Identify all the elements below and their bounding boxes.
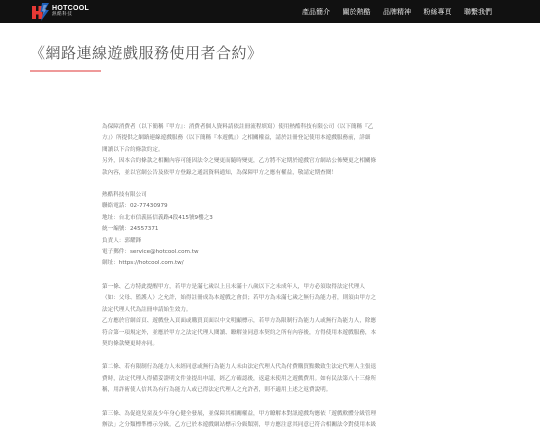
company-name: 熱酷科技有限公司 xyxy=(102,190,514,201)
nav-item-contact[interactable]: 聯繫我們 xyxy=(464,7,492,17)
company-tax-id: 統一編號：24557371 xyxy=(102,224,514,235)
company-info-section: 熱酷科技有限公司 聯絡電話：02-77430979 地址：台北市信義區信義路4段… xyxy=(102,190,514,270)
company-website-row: 網址：https://hotcool.com.tw/ xyxy=(102,258,514,269)
website-link[interactable]: https://hotcool.com.tw/ xyxy=(119,260,184,266)
hotcool-logo-icon xyxy=(32,3,49,21)
top-navbar: HOTCOOL 熱酷科技 產品簡介 關於熱酷 品牌精神 粉絲專頁 聯繫我們 xyxy=(0,0,540,23)
company-address: 地址：台北市信義區信義路4段415號9樓之3 xyxy=(102,213,514,224)
website-label: 網址： xyxy=(102,260,119,266)
company-email-row: 電子郵件：service@hotcool.com.tw xyxy=(102,247,514,258)
intro-line: 為保障消費者（以下簡稱『甲方』：消費者個人資料請依註冊流程填寫）使用熱酷科技有限… xyxy=(102,122,514,133)
email-label: 電子郵件： xyxy=(102,249,130,255)
article-line: 第二條、若有限制行為能力人未經同意或無行為能力人未由法定代理人代為付費購買點數致… xyxy=(102,362,514,373)
intro-line: 款內容，並以官網公告及依甲方登錄之通訊資料通知，為保障甲方之應有權益，敬請定期查… xyxy=(102,168,514,179)
intro-line: 方』）所提供之網路連線遊戲服務（以下簡稱『本遊戲』）之相關權益，請於註冊登記使用… xyxy=(102,133,514,144)
page-title: 《網路連線遊戲服務使用者合約》 xyxy=(30,42,263,63)
article-line: 費時，法定代理人得備妥證明文件並提出申請，經乙方確認後，返還未使用之遊戲費用。如… xyxy=(102,374,514,385)
company-phone: 聯絡電話：02-77430979 xyxy=(102,201,514,212)
nav-item-fan-page[interactable]: 粉絲專頁 xyxy=(424,7,452,17)
article-line: （如：父母、監護人）之允許，始得註冊成為本遊戲之會員；若甲方為未滿七歲之無行為能… xyxy=(102,293,514,304)
nav-menu: 產品簡介 關於熱酷 品牌精神 粉絲專頁 聯繫我們 xyxy=(290,0,493,23)
intro-section: 為保障消費者（以下簡稱『甲方』：消費者個人資料請依註冊流程填寫）使用熱酷科技有限… xyxy=(102,122,514,179)
article-line: 符合第一項規定外，並應於甲方之法定代理人閱讀、瞭解並同意本契約之所有內容後，方得… xyxy=(102,328,514,339)
intro-line: 另外，因本合約條款之相關內容可能因法令之變更而隨時變更，乙方將不定期於遊戲官方網… xyxy=(102,156,514,167)
article-line: 乙方應於官網首頁、遊戲登入頁面或購買頁面以中文明顯標示，若甲方為限制行為能力人或… xyxy=(102,316,514,327)
agreement-content: 為保障消費者（以下簡稱『甲方』：消費者個人資料請依註冊流程填寫）使用熱酷科技有限… xyxy=(102,122,514,405)
article-line: 稱，用詐術使人信其為有行為能力人或已得法定代理人之允許者，則不適用上述之返費說明… xyxy=(102,385,514,396)
title-underline-divider xyxy=(30,70,101,72)
article-1-section: 第一條、乙方特此提醒甲方，若甲方是滿七歲以上且未滿十八歲以下之未成年人，甲方必須… xyxy=(102,282,514,350)
email-link[interactable]: service@hotcool.com.tw xyxy=(130,249,199,255)
brand-name-zh: 熱酷科技 xyxy=(52,13,89,18)
company-representative: 負責人：郭耀鋒 xyxy=(102,236,514,247)
nav-item-products[interactable]: 產品簡介 xyxy=(302,7,330,17)
nav-item-brand-spirit[interactable]: 品牌精神 xyxy=(383,7,411,17)
brand-logo[interactable]: HOTCOOL 熱酷科技 xyxy=(32,2,89,21)
article-line: 第一條、乙方特此提醒甲方，若甲方是滿七歲以上且未滿十八歲以下之未成年人，甲方必須… xyxy=(102,282,514,293)
nav-item-about[interactable]: 關於熱酷 xyxy=(343,7,371,17)
article-line: 契約條款變更時亦同。 xyxy=(102,339,514,350)
intro-line: 閱讀以下合約條款約定。 xyxy=(102,145,514,156)
article-2-section: 第二條、若有限制行為能力人未經同意或無行為能力人未由法定代理人代為付費購買點數致… xyxy=(102,362,514,396)
article-line: 法定代理人代為註冊申請始生效力。 xyxy=(102,305,514,316)
